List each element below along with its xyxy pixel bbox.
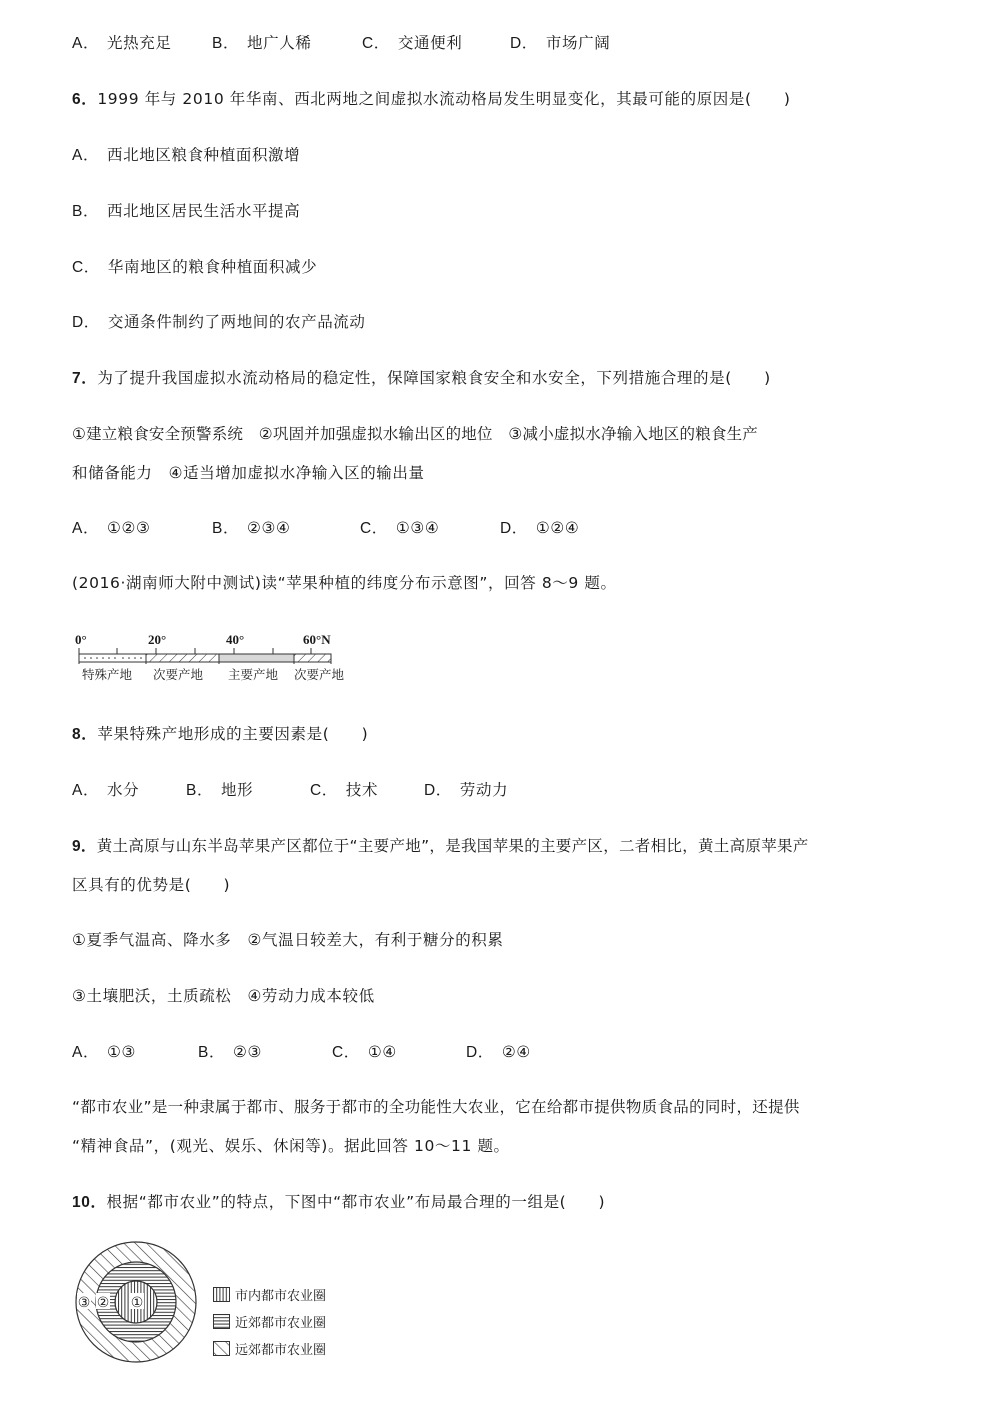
urban-agriculture-ring-diagram: ① ② ③ 市内都市农业圈 近郊都市农业圈 远郊都市农业圈 — [70, 1235, 350, 1370]
q6-option-c[interactable]: C．华南地区的粮食种植面积减少 — [72, 257, 317, 278]
q8-option-a[interactable]: A．水分 — [72, 780, 139, 801]
legend-near-suburb: 近郊都市农业圈 — [213, 1312, 326, 1331]
horizontal-hatch-icon — [213, 1314, 230, 1329]
q7-option-b[interactable]: B．②③④ — [212, 518, 291, 539]
q9-stem-line2: 区具有的优势是( ) — [72, 875, 230, 895]
q7-statements-line1: ①建立粮食安全预警系统 ②巩固并加强虚拟水输出区的地位 ③减小虚拟水净输入地区的… — [72, 424, 758, 444]
q9-statements-line2: ③土壤肥沃，土质疏松 ④劳动力成本较低 — [72, 986, 375, 1006]
concentric-rings: ① ② ③ — [70, 1235, 205, 1370]
intro-10-11-line2: “精神食品”，(观光、娱乐、休闲等)。据此回答 10～11 题。 — [72, 1136, 510, 1156]
zone-secondary-2: 次要产地 — [294, 665, 344, 683]
intro-8-9: (2016·湖南师大附中测试)读“苹果种植的纬度分布示意图”，回答 8～9 题。 — [72, 573, 617, 593]
q5-option-c[interactable]: C．交通便利 — [362, 33, 462, 54]
q7-option-c[interactable]: C．①③④ — [360, 518, 439, 539]
svg-text:①: ① — [131, 1295, 144, 1311]
q6-stem: 6．1999 年与 2010 年华南、西北两地之间虚拟水流动格局发生明显变化，其… — [72, 89, 791, 110]
legend-inner-city: 市内都市农业圈 — [213, 1285, 326, 1304]
q5-option-a[interactable]: A．光热充足 — [72, 33, 171, 54]
apple-latitude-diagram: 0° 20° 40° 60°N 特殊产地 — [70, 630, 360, 690]
q9-option-d[interactable]: D．②④ — [466, 1042, 531, 1063]
q8-option-b[interactable]: B．地形 — [186, 780, 253, 801]
svg-text:②: ② — [97, 1295, 110, 1311]
q9-option-a[interactable]: A．①③ — [72, 1042, 136, 1063]
zone-main: 主要产地 — [228, 665, 278, 683]
q5-option-d[interactable]: D．市场广阔 — [510, 33, 610, 54]
q7-statements-line2: 和储备能力 ④适当增加虚拟水净输入区的输出量 — [72, 463, 425, 483]
vertical-hatch-icon — [213, 1287, 230, 1302]
q9-option-b[interactable]: B．②③ — [198, 1042, 262, 1063]
q9-option-c[interactable]: C．①④ — [332, 1042, 397, 1063]
q10-stem: 10．根据“都市农业”的特点，下图中“都市农业”布局最合理的一组是( ) — [72, 1192, 605, 1213]
legend-far-suburb: 远郊都市农业圈 — [213, 1339, 326, 1358]
q7-option-d[interactable]: D．①②④ — [500, 518, 579, 539]
q6-option-d[interactable]: D．交通条件制约了两地间的农产品流动 — [72, 312, 366, 333]
q8-option-d[interactable]: D．劳动力 — [424, 780, 508, 801]
q9-statements-line1: ①夏季气温高、降水多 ②气温日较差大，有利于糖分的积累 — [72, 930, 504, 950]
diagonal-hatch-icon — [213, 1341, 230, 1356]
q5-option-b[interactable]: B．地广人稀 — [212, 33, 311, 54]
q6-option-a[interactable]: A．西北地区粮食种植面积激增 — [72, 145, 300, 166]
q7-option-a[interactable]: A．①②③ — [72, 518, 151, 539]
intro-10-11-line1: “都市农业”是一种隶属于都市、服务于都市的全功能性大农业，它在给都市提供物质食品… — [72, 1097, 800, 1117]
q9-stem-line1: 9．黄土高原与山东半岛苹果产区都位于“主要产地”，是我国苹果的主要产区，二者相比… — [72, 836, 809, 857]
q7-stem: 7．为了提升我国虚拟水流动格局的稳定性，保障国家粮食安全和水安全，下列措施合理的… — [72, 368, 771, 389]
q6-option-b[interactable]: B．西北地区居民生活水平提高 — [72, 201, 300, 222]
zone-special: 特殊产地 — [82, 665, 132, 683]
svg-text:③: ③ — [78, 1295, 91, 1311]
q8-option-c[interactable]: C．技术 — [310, 780, 378, 801]
zone-secondary-1: 次要产地 — [153, 665, 203, 683]
q8-stem: 8．苹果特殊产地形成的主要因素是( ) — [72, 724, 368, 745]
